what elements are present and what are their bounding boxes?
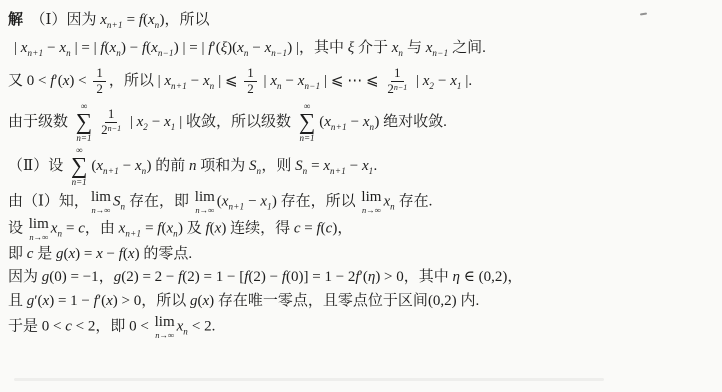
- fraction: 12n−1: [99, 107, 123, 138]
- text-run: ，所以: [164, 12, 209, 28]
- fraction: 12: [244, 66, 257, 97]
- math-roman: (0) = −1: [49, 269, 98, 285]
- math-subscript: n−1: [271, 48, 287, 58]
- math-roman: | ⩽: [214, 73, 241, 89]
- text-run: 存在，即: [125, 194, 193, 210]
- math-roman: < 2.: [188, 319, 215, 335]
- math-roman: −: [346, 158, 362, 174]
- math-roman: =: [62, 221, 78, 237]
- math-variable: x: [106, 293, 113, 309]
- text-run: 存在，所以: [277, 194, 360, 210]
- text-run: 且: [8, 293, 27, 309]
- math-roman: ) |: [287, 40, 299, 56]
- math-variable: x: [450, 73, 457, 89]
- math-roman: (2) = 2 −: [121, 269, 178, 285]
- text-run: 因为: [8, 269, 42, 285]
- math-roman: |: [412, 73, 423, 89]
- math-roman: 1: [394, 65, 401, 80]
- math-roman: ) > 0: [113, 293, 141, 309]
- math-subscript: n+1: [125, 229, 141, 239]
- math-subscript: n−1: [158, 48, 174, 58]
- math-superscript: n−1: [108, 124, 121, 133]
- fraction-denominator: 2: [245, 82, 256, 97]
- math-roman: ′(: [98, 293, 106, 309]
- text-run: 收敛，所以级数: [182, 114, 295, 130]
- text-run: 存在.: [395, 194, 433, 210]
- text-run: 之间.: [448, 40, 486, 56]
- scan-smudge-artifact: [14, 378, 604, 381]
- math-roman: −: [119, 158, 135, 174]
- math-roman: ) > 0: [375, 269, 403, 285]
- sum-lower-limit: n=1: [76, 134, 91, 143]
- lim-symbol: lim: [29, 217, 49, 232]
- math-variable: x: [148, 12, 155, 28]
- math-subscript: n+1: [107, 20, 123, 30]
- text-run: ，即: [95, 319, 129, 335]
- solution-step-3: 又 0 < f′(x) < 12，所以 | xn+1 − xn | ⩽ 12 |…: [8, 66, 718, 97]
- math-roman: 0 <: [27, 73, 50, 89]
- summation-operator: ∞∑n=1: [299, 102, 315, 143]
- text-run: ，其中: [299, 40, 348, 56]
- math-subscript: n+1: [103, 166, 119, 176]
- math-variable: x: [270, 73, 277, 89]
- fraction-numerator: 1: [93, 66, 106, 82]
- math-roman: ∈ (0,2): [460, 269, 507, 285]
- text-run: 的前: [151, 158, 189, 174]
- sum-lower-limit: n=1: [72, 178, 87, 187]
- math-variable: g: [190, 293, 198, 309]
- math-variable: x: [362, 158, 369, 174]
- text-run: 又: [8, 73, 27, 89]
- math-roman: (2) = 1 − [: [182, 269, 244, 285]
- math-roman: =: [307, 158, 323, 174]
- math-variable: x: [237, 40, 244, 56]
- sigma-symbol: ∑: [71, 155, 87, 177]
- text-run: 由（Ⅰ）知，: [8, 194, 89, 210]
- fraction: 12n−1: [385, 66, 409, 97]
- math-roman: =: [123, 12, 139, 28]
- math-roman: < 2: [72, 319, 95, 335]
- text-run: 存在唯一零点，且零点位于区间: [214, 293, 428, 309]
- math-subscript: n−1: [432, 48, 448, 58]
- math-roman: 2: [96, 81, 103, 96]
- math-roman: (0)] = 1 − 2: [286, 269, 355, 285]
- fraction-denominator: 2n−1: [99, 123, 123, 138]
- lim-symbol: lim: [361, 190, 381, 205]
- math-roman: −: [103, 246, 119, 262]
- text-run: ，所以: [141, 293, 190, 309]
- math-roman: ) <: [69, 73, 90, 89]
- fraction-denominator: 2: [94, 82, 105, 97]
- sigma-symbol: ∑: [76, 111, 92, 133]
- text-run: ，所以: [109, 73, 158, 89]
- lim-subscript: n→∞: [362, 206, 381, 215]
- fraction: 12: [93, 66, 106, 97]
- text-run: （Ⅱ）设: [8, 158, 67, 174]
- lim-subscript: n→∞: [155, 331, 174, 340]
- text-run: ，: [99, 269, 114, 285]
- math-roman: −: [282, 73, 298, 89]
- fraction-numerator: 1: [391, 66, 404, 82]
- text-run: ，则: [261, 158, 295, 174]
- solution-step-11: 于是 0 < c < 2，即 0 < limn→∞xn < 2.: [8, 315, 718, 340]
- text-run: ，: [507, 269, 522, 285]
- solution-step-7: 设 limn→∞xn = c，由 xn+1 = f(xn) 及 f(x) 连续，…: [8, 217, 718, 242]
- solution-step-8: 即 c 是 g(x) = x − f(x) 的零点.: [8, 245, 718, 265]
- math-roman: |: [14, 40, 21, 56]
- math-roman: −: [249, 40, 265, 56]
- math-solution-document: 解 （Ⅰ）因为 xn+1 = f(xn)，所以| xn+1 − xn | = |…: [0, 0, 722, 340]
- text-run: 即: [8, 246, 27, 262]
- limit-operator: limn→∞: [29, 217, 49, 242]
- math-variable: η: [453, 269, 460, 285]
- lim-symbol: lim: [155, 315, 175, 330]
- math-roman: ′(: [34, 293, 42, 309]
- solution-step-9: 因为 g(0) = −1，g(2) = 2 − f(2) = 1 − [f(2)…: [8, 268, 718, 288]
- text-run: 绝对收敛.: [379, 114, 447, 130]
- text-run: （Ⅰ）因为: [23, 12, 100, 28]
- math-subscript: n+1: [228, 202, 244, 212]
- math-variable: S: [249, 158, 257, 174]
- math-roman: ) = 1 −: [49, 293, 93, 309]
- math-variable: S: [295, 158, 303, 174]
- solution-step-4: 由于级数 ∞∑n=112n−1 | x2 − x1 | 收敛，所以级数 ∞∑n=…: [8, 102, 718, 143]
- math-roman: 0 <: [129, 319, 152, 335]
- solution-step-10: 且 g′(x) = 1 − f′(x) > 0，所以 g(x) 存在唯一零点，且…: [8, 292, 718, 312]
- math-roman: −: [347, 114, 363, 130]
- math-roman: | ⩽ ⋯ ⩽: [320, 73, 382, 89]
- math-roman: 0 <: [42, 319, 65, 335]
- math-roman: |: [260, 73, 271, 89]
- text-run: ，由: [85, 221, 119, 237]
- math-variable: x: [135, 158, 142, 174]
- math-variable: c: [65, 319, 72, 335]
- math-variable: x: [100, 12, 107, 28]
- lim-symbol: lim: [91, 190, 111, 205]
- math-roman: 1: [96, 65, 103, 80]
- math-variable: x: [164, 114, 171, 130]
- text-run: 及: [183, 221, 206, 237]
- bold-text-run: 解: [8, 12, 23, 28]
- math-roman: −: [244, 194, 260, 210]
- solution-step-5: （Ⅱ）设 ∞∑n=1(xn+1 − xn) 的前 n 项和为 Sn，则 Sn =…: [8, 146, 718, 187]
- math-roman: −: [148, 114, 164, 130]
- math-roman: |.: [462, 73, 473, 89]
- fraction-numerator: 1: [244, 66, 257, 82]
- math-roman: =: [301, 221, 317, 237]
- lim-subscript: n→∞: [195, 206, 214, 215]
- limit-operator: limn→∞: [195, 190, 215, 215]
- summation-operator: ∞∑n=1: [76, 102, 92, 143]
- lim-subscript: n→∞: [29, 233, 48, 242]
- lim-subscript: n→∞: [92, 206, 111, 215]
- text-run: 内.: [457, 293, 480, 309]
- math-superscript: n−1: [394, 83, 407, 92]
- math-subscript: n+1: [27, 48, 43, 58]
- math-variable: x: [151, 40, 158, 56]
- math-roman: |: [126, 114, 137, 130]
- math-variable: c: [294, 221, 301, 237]
- math-roman: ′(: [54, 73, 62, 89]
- math-roman: ) | = |: [174, 40, 208, 56]
- text-run: 连续，得: [226, 221, 294, 237]
- limit-operator: limn→∞: [155, 315, 175, 340]
- summation-operator: ∞∑n=1: [71, 146, 87, 187]
- solution-step-1: 解 （Ⅰ）因为 xn+1 = f(xn)，所以: [8, 11, 718, 32]
- math-roman: (0,2): [428, 293, 457, 309]
- math-roman: )(: [227, 40, 237, 56]
- solution-step-2: | xn+1 − xn | = | f(xn) − f(xn−1) | = | …: [8, 39, 718, 60]
- math-subscript: n+1: [331, 122, 347, 132]
- math-variable: x: [128, 246, 135, 262]
- lim-symbol: lim: [195, 190, 215, 205]
- sum-lower-limit: n=1: [299, 134, 314, 143]
- text-run: 项和为: [196, 158, 249, 174]
- limit-operator: limn→∞: [361, 190, 381, 215]
- math-subscript: n−1: [304, 81, 320, 91]
- text-run: ，其中: [404, 269, 453, 285]
- text-run: 介于: [354, 40, 392, 56]
- math-roman: 1: [247, 65, 254, 80]
- math-roman: ) =: [75, 246, 96, 262]
- math-roman: (2) −: [248, 269, 281, 285]
- text-run: 与: [403, 40, 426, 56]
- math-roman: ) −: [121, 40, 142, 56]
- math-roman: 2: [247, 81, 254, 96]
- fraction-numerator: 1: [105, 107, 118, 123]
- math-roman: | = |: [71, 40, 100, 56]
- math-roman: 1: [108, 106, 115, 121]
- math-variable: x: [96, 246, 103, 262]
- math-roman: −: [187, 73, 203, 89]
- text-run: 是: [33, 246, 56, 262]
- sigma-symbol: ∑: [299, 111, 315, 133]
- math-variable: c: [78, 221, 85, 237]
- math-roman: ′(: [212, 40, 220, 56]
- math-variable: x: [363, 114, 370, 130]
- text-run: 于是: [8, 319, 42, 335]
- text-run: 的零点.: [140, 246, 193, 262]
- math-roman: −: [434, 73, 450, 89]
- math-roman: ′(: [360, 269, 368, 285]
- text-run: 设: [8, 221, 27, 237]
- limit-operator: limn→∞: [91, 190, 111, 215]
- text-run: ，: [337, 221, 352, 237]
- fraction-denominator: 2n−1: [385, 82, 409, 97]
- math-subscript: n+1: [171, 81, 187, 91]
- math-roman: =: [141, 221, 157, 237]
- math-roman: .: [373, 158, 377, 174]
- text-run: 由于级数: [8, 114, 72, 130]
- math-roman: −: [43, 40, 59, 56]
- math-variable: x: [203, 73, 210, 89]
- math-variable: x: [324, 114, 331, 130]
- math-subscript: n+1: [330, 166, 346, 176]
- solution-step-6: 由（Ⅰ）知，limn→∞Sn 存在，即 limn→∞(xn+1 − x1) 存在…: [8, 190, 718, 215]
